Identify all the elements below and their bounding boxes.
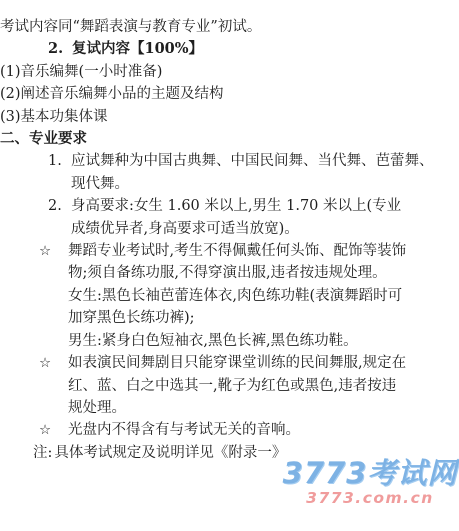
text-line: 女生:黑色长袖芭蕾连体衣,肉色练功鞋(表演舞蹈时可 xyxy=(68,285,459,307)
star-item-2: ☆ 如表演民间舞剧目只能穿课堂训练的民间舞服,规定在 红、蓝、白之中选其一,靴子… xyxy=(39,352,459,419)
note-text: 具体考试规定及说明详见《附录一》 xyxy=(54,442,286,464)
star-item-1-text: 舞蹈专业考试时,考生不得佩戴任何头饰、配饰等装饰 物;须自备练功服,不得穿演出服… xyxy=(68,240,459,352)
star-bullet-icon: ☆ xyxy=(39,419,68,441)
text-line: 红、蓝、白之中选其一,靴子为红色或黑色,违者按违 xyxy=(68,375,459,397)
star-item-1: ☆ 舞蹈专业考试时,考生不得佩戴任何头饰、配饰等装饰 物;须自备练功服,不得穿演… xyxy=(39,240,459,352)
retest-heading-number: 2. xyxy=(48,38,72,60)
retest-item-3: (3)基本功集体课 xyxy=(0,106,459,128)
requirement-item-2-text: 身高要求:女生 1.60 米以上,男生 1.70 米以上(专业 成绩优异者,身高… xyxy=(71,195,459,240)
list-number: 1. xyxy=(48,150,71,195)
text-line: 男生:紧身白色短袖衣,黑色长裤,黑色练功鞋。 xyxy=(68,330,459,352)
watermark-domain-text: 3773.com.cn xyxy=(281,491,459,507)
note-prefix: 注: xyxy=(33,442,52,464)
text-line: 舞蹈专业考试时,考生不得佩戴任何头饰、配饰等装饰 xyxy=(68,240,459,262)
retest-heading-label: 复试内容【100%】 xyxy=(72,38,203,60)
document-page: 考试内容同“舞蹈表演与教育专业”初试。 2. 复试内容【100%】 (1)音乐编… xyxy=(0,0,459,531)
requirement-item-2: 2. 身高要求:女生 1.60 米以上,男生 1.70 米以上(专业 成绩优异者… xyxy=(48,195,459,240)
retest-item-1: (1)音乐编舞(一小时准备) xyxy=(0,61,459,83)
retest-item-2: (2)阐述音乐编舞小品的主题及结构 xyxy=(0,83,459,105)
text-line: 加穿黑色长练功裤); xyxy=(68,307,459,329)
site-watermark: 3773考试网 3773.com.cn xyxy=(281,459,459,507)
intro-paragraph: 考试内容同“舞蹈表演与教育专业”初试。 xyxy=(0,16,459,38)
star-item-3: ☆ 光盘内不得含有与考试无关的音响。 xyxy=(39,419,459,441)
requirements-heading: 二、专业要求 xyxy=(0,128,459,150)
star-bullet-icon: ☆ xyxy=(39,352,68,419)
text-line: 物;须自备练功服,不得穿演出服,违者按违规处理。 xyxy=(68,262,459,284)
star-item-3-text: 光盘内不得含有与考试无关的音响。 xyxy=(68,419,459,441)
text-line: 光盘内不得含有与考试无关的音响。 xyxy=(68,419,459,441)
text-line: 现代舞。 xyxy=(71,173,459,195)
list-number: 2. xyxy=(48,195,71,240)
watermark-logo-text: 3773考试网 xyxy=(281,459,459,488)
retest-heading: 2. 复试内容【100%】 xyxy=(48,38,459,60)
text-line: 规处理。 xyxy=(68,397,459,419)
requirement-item-1: 1. 应试舞种为中国古典舞、中国民间舞、当代舞、芭蕾舞、 现代舞。 xyxy=(48,150,459,195)
text-line: 如表演民间舞剧目只能穿课堂训练的民间舞服,规定在 xyxy=(68,352,459,374)
text-line: 成绩优异者,身高要求可适当放宽)。 xyxy=(71,218,459,240)
text-line: 身高要求:女生 1.60 米以上,男生 1.70 米以上(专业 xyxy=(71,195,459,217)
text-line: 应试舞种为中国古典舞、中国民间舞、当代舞、芭蕾舞、 xyxy=(71,150,459,172)
star-item-2-text: 如表演民间舞剧目只能穿课堂训练的民间舞服,规定在 红、蓝、白之中选其一,靴子为红… xyxy=(68,352,459,419)
star-bullet-icon: ☆ xyxy=(39,240,68,352)
requirement-item-1-text: 应试舞种为中国古典舞、中国民间舞、当代舞、芭蕾舞、 现代舞。 xyxy=(71,150,459,195)
